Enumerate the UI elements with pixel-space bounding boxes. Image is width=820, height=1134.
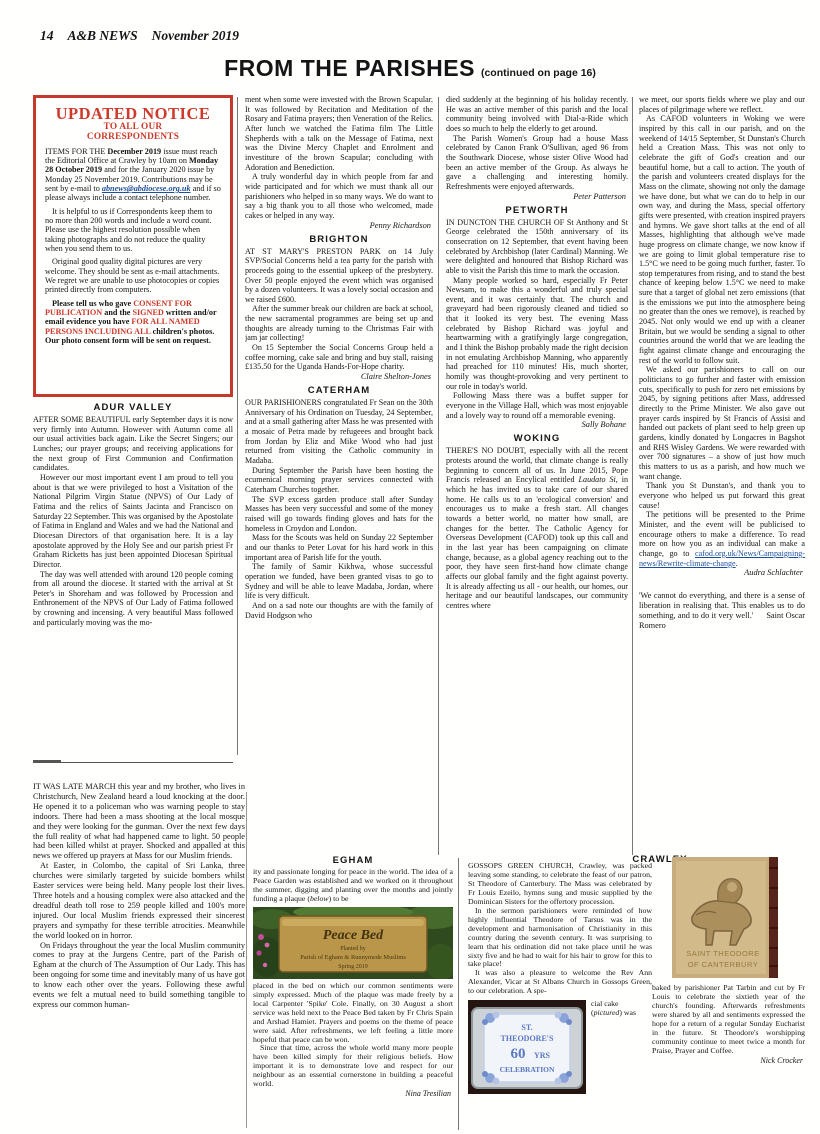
bottom-column-4: baked by parishioner Pat Tarbin and cut …	[652, 984, 805, 1130]
article-paragraph: The petitions will be presented to the P…	[639, 510, 805, 568]
article-heading-caterham: CATERHAM	[245, 385, 433, 396]
bottom-column-3: GOSSOPS GREEN CHURCH, Crawley, was packe…	[468, 862, 652, 1132]
notice-paragraph: ITEMS FOR THE December 2019 issue must r…	[45, 147, 221, 203]
section-masthead: FROM THE PARISHES(continued on page 16)	[160, 55, 660, 82]
cake-photo-row: ST. THEODORE'S 60 YRS CELEBRATION cial c…	[468, 1000, 652, 1094]
article-paragraph: A truly wonderful day in which people fr…	[245, 172, 433, 220]
article-paragraph: We asked our parishioners to call on our…	[639, 365, 805, 481]
section-title: FROM THE PARISHES	[224, 55, 475, 81]
peace-bed-plaque-photo: Peace Bed Planted by Parish of Egham & R…	[253, 907, 453, 979]
text-segment: ity and passionate longing for peace in …	[253, 867, 453, 903]
byline-peter-patterson: Peter Patterson	[446, 192, 626, 202]
article-paragraph: AT ST MARY'S PRESTON PARK on 14 July SVP…	[245, 247, 433, 305]
column-rule	[438, 97, 439, 855]
article-paragraph: However our most important event I am pr…	[33, 473, 233, 570]
cake-text-4: YRS	[534, 1051, 551, 1060]
text-segment-red: SIGNED	[132, 308, 163, 317]
cake-text-5: CELEBRATION	[500, 1065, 555, 1074]
notice-subtitle: CORRESPONDENTS	[45, 132, 221, 142]
article-heading-brighton: BRIGHTON	[245, 234, 433, 245]
pull-quote: 'We cannot do everything, and there is a…	[639, 591, 805, 631]
article-paragraph: The day was well attended with around 12…	[33, 570, 233, 628]
text-segment-italic: Laudato Si	[579, 475, 616, 484]
byline-sally-bohane: Sally Bohane	[446, 420, 626, 430]
text-segment: ) was	[619, 1008, 636, 1017]
page-number: 14	[40, 28, 54, 44]
byline-claire-shelton-jones: Claire Shelton-Jones	[245, 372, 431, 382]
email-link[interactable]: abnews@abdiocese.org.uk	[102, 184, 191, 193]
byline-nick-crocker: Nick Crocker	[652, 1056, 803, 1066]
notice-consent-paragraph: Please tell us who gave CONSENT FOR PUBL…	[45, 299, 221, 346]
text-segment: ITEMS FOR THE	[45, 147, 107, 156]
plaque-line-4: Spring 2019	[338, 964, 368, 970]
carving-caption-1: SAINT THEODORE	[686, 949, 759, 958]
article-paragraph: Mass for the Scouts was held on Sunday 2…	[245, 533, 433, 562]
article-paragraph: THERE'S NO DOUBT, especially with all th…	[446, 446, 628, 610]
page-header: 14 A&B NEWS November 2019	[40, 28, 239, 44]
article-paragraph: At Easter, in Colombo, the capital of Sr…	[33, 861, 245, 940]
text-segment: and the	[102, 308, 132, 317]
text-segment: , in which he has invited us to take car…	[446, 475, 628, 610]
article-paragraph: Thank you St Dunstan's, and thank you to…	[639, 481, 805, 510]
article-paragraph: IT WAS LATE MARCH this year and my broth…	[33, 782, 245, 861]
article-paragraph: During September the Parish have been ho…	[245, 466, 433, 495]
article-paragraph: In the sermon parishioners were reminded…	[468, 907, 652, 970]
column-rule	[246, 792, 247, 1128]
column-3: died suddenly at the beginning of his ho…	[446, 95, 628, 855]
article-paragraph: baked by parishioner Pat Tarbin and cut …	[652, 984, 805, 1056]
article-paragraph: As CAFOD volunteers in Woking we were in…	[639, 114, 805, 365]
byline-penny-richardson: Penny Richardson	[245, 221, 431, 231]
bottom-column-2: EGHAM ity and passionate longing for pea…	[253, 855, 453, 1133]
notice-title: UPDATED NOTICE	[45, 105, 221, 122]
issue-date: November 2019	[152, 28, 239, 44]
anniversary-cake-photo: ST. THEODORE'S 60 YRS CELEBRATION	[468, 1000, 586, 1094]
article-paragraph: The SVP excess garden produce stall afte…	[245, 495, 433, 534]
publication-name: A&B NEWS	[68, 28, 138, 44]
byline-audra-schlachter: Audra Schlachter	[639, 568, 803, 578]
continued-note: (continued on page 16)	[481, 67, 596, 79]
article-paragraph: And on a sad note our thoughts are with …	[245, 601, 433, 620]
text-segment: ) to be	[329, 894, 349, 903]
article-heading-adur-valley: ADUR VALLEY	[33, 402, 233, 413]
article-paragraph: On 15 September the Social Concerns Grou…	[245, 343, 433, 372]
text-segment: .	[736, 559, 738, 568]
article-paragraph: Since that time, across the whole world …	[253, 1044, 453, 1089]
cake-text-1: ST.	[521, 1023, 532, 1032]
article-paragraph: Many people worked so hard, especially F…	[446, 276, 628, 392]
text-segment-italic: below	[310, 894, 329, 903]
article-heading-petworth: PETWORTH	[446, 205, 628, 216]
carving-caption-2: OF CANTERBURY	[688, 960, 759, 969]
article-paragraph: died suddenly at the beginning of his ho…	[446, 95, 628, 134]
column-rule	[237, 97, 238, 755]
wrapped-text: cial cake (pictured) was	[591, 1000, 649, 1094]
text-segment: Please tell us who gave	[52, 299, 133, 308]
article-heading-woking: WOKING	[446, 433, 628, 444]
cake-text-2: THEODORE'S	[501, 1034, 554, 1043]
article-paragraph: OUR PARISHIONERS congratulated Fr Sean o…	[245, 398, 433, 466]
article-paragraph: ment when some were invested with the Br…	[245, 95, 433, 172]
column-2: ment when some were invested with the Br…	[245, 95, 433, 755]
article-paragraph: placed in the bed on which our common se…	[253, 982, 453, 1045]
plaque-line-1: Peace Bed	[323, 928, 384, 943]
notice-paragraph: Original good quality digital pictures a…	[45, 257, 221, 294]
article-paragraph: GOSSOPS GREEN CHURCH, Crawley, was packe…	[468, 862, 652, 907]
byline-nina-tresilian: Nina Tresilian	[253, 1089, 451, 1099]
article-heading-egham: EGHAM	[253, 855, 453, 866]
article-paragraph: On Fridays throughout the year the local…	[33, 941, 245, 1010]
article-paragraph: The family of Samir Kikhwa, whose succes…	[245, 562, 433, 601]
section-divider-thick	[33, 760, 61, 763]
plaque-line-2: Planted by	[340, 946, 366, 952]
text-segment-bold: December 2019	[107, 147, 161, 156]
column-1: UPDATED NOTICE TO ALL OUR CORRESPONDENTS…	[33, 95, 233, 627]
article-paragraph: It was also a pleasure to welcome the Re…	[468, 969, 652, 996]
plaque-line-3: Parish of Egham & Runnymede Muslims	[300, 954, 406, 961]
article-paragraph: The Parish Women's Group had a house Mas…	[446, 134, 628, 192]
cake-text-3: 60	[511, 1046, 526, 1062]
notice-box: UPDATED NOTICE TO ALL OUR CORRESPONDENTS…	[33, 95, 233, 397]
article-paragraph: we meet, our sports fields where we play…	[639, 95, 805, 114]
saint-theodore-carving-photo: SAINT THEODORE OF CANTERBURY	[672, 857, 778, 978]
bottom-column-1: IT WAS LATE MARCH this year and my broth…	[33, 782, 245, 1132]
notice-paragraph: It is helpful to us if Correspondents ke…	[45, 207, 221, 254]
article-paragraph: Following Mass there was a buffet supper…	[446, 391, 628, 420]
article-paragraph: AFTER SOME BEAUTIFUL early September day…	[33, 415, 233, 473]
section-divider	[33, 762, 233, 763]
article-paragraph: IN DUNCTON THE CHURCH OF St Anthony and …	[446, 218, 628, 276]
column-rule	[458, 858, 459, 1130]
article-paragraph: ity and passionate longing for peace in …	[253, 868, 453, 904]
column-4: we meet, our sports fields where we play…	[639, 95, 805, 861]
text-segment-italic: pictured	[594, 1008, 620, 1017]
column-rule	[632, 97, 633, 855]
article-paragraph: After the summer break our children are …	[245, 304, 433, 343]
notice-subtitle: TO ALL OUR	[45, 122, 221, 132]
